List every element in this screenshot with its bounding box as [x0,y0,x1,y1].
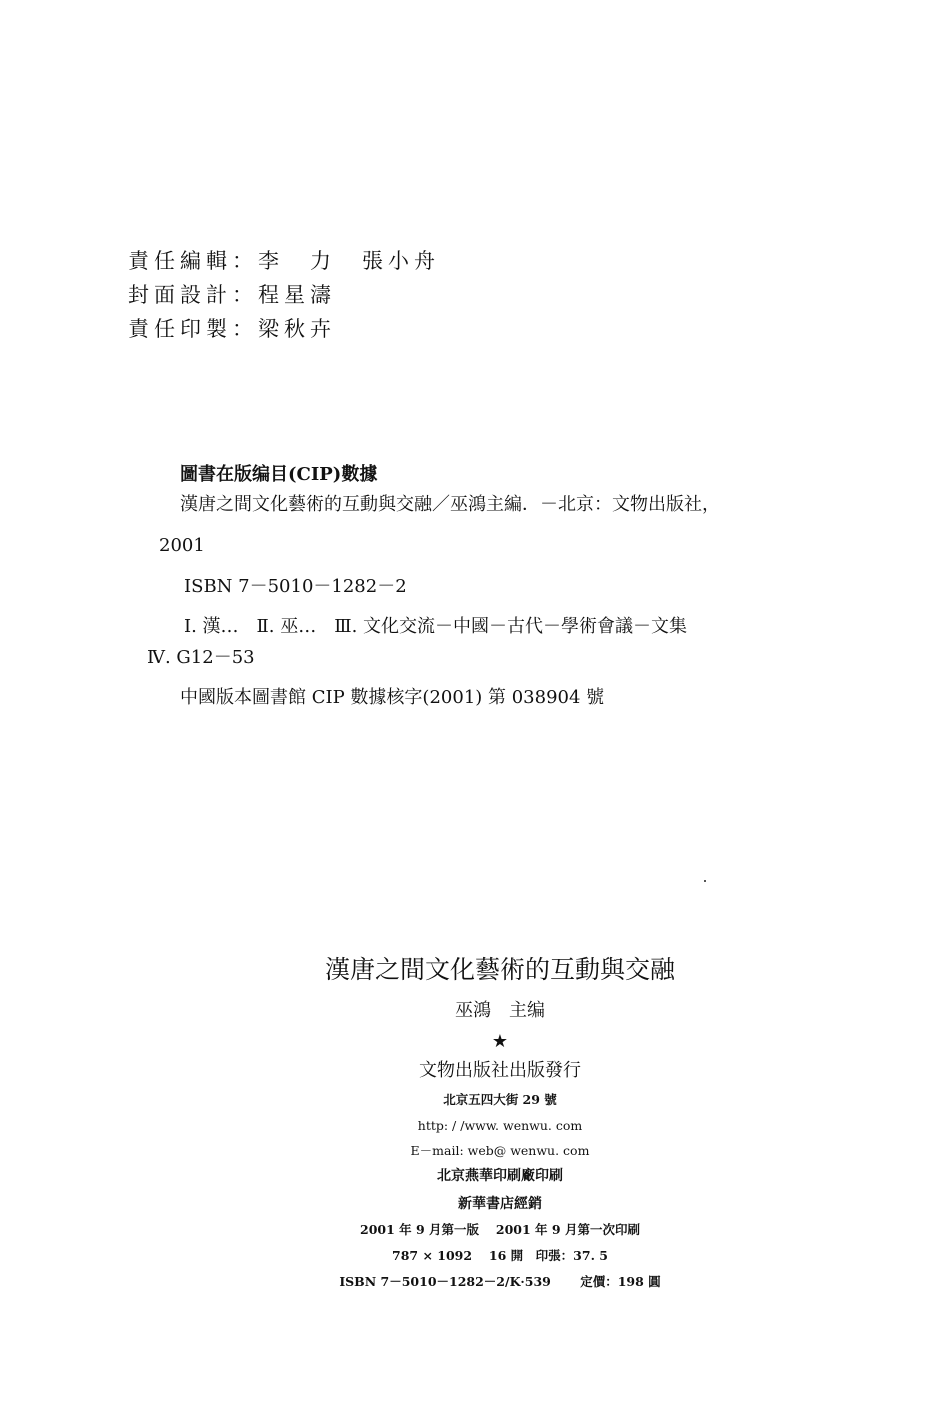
colophon-printer: 北京燕華印刷廠印刷 [0,1169,950,1183]
colophon-website: http: / /www. wenwu. com [0,1120,950,1133]
credit-cover-design: 封面設計：程星濤 [128,285,336,306]
credit-label: 封面設計： [128,285,258,306]
credit-editor: 責任編輯：李 力 張小舟 [128,251,440,272]
scan-speck [704,880,706,882]
colophon-format: 787 × 1092 16 開 印張：37. 5 [0,1250,950,1263]
credit-printing: 責任印製：梁秋卉 [128,319,336,340]
colophon-email: E－mail: web@ wenwu. com [0,1145,950,1158]
credit-label: 責任印製： [128,319,258,340]
credit-value: 程星濤 [258,285,336,306]
cip-title-line: 漢唐之間文化藝術的互動與交融／巫鴻主編．－北京：文物出版社， [180,496,720,514]
cip-subjects: Ⅰ. 漢… Ⅱ. 巫… Ⅲ. 文化交流－中國－古代－學術會議－文集 [184,618,687,636]
cip-isbn: ISBN 7－5010－1282－2 [184,578,407,596]
credit-label: 責任編輯： [128,251,258,272]
colophon-edition: 2001 年 9 月第一版 2001 年 9 月第一次印刷 [0,1224,950,1237]
colophon-address: 北京五四大街 29 號 [0,1094,950,1107]
credit-value: 李 力 張小舟 [258,251,440,272]
credit-value: 梁秋卉 [258,319,336,340]
colophon-publisher: 文物出版社出版發行 [0,1062,950,1080]
cip-subjects-cont: Ⅳ. G12－53 [147,649,255,667]
cip-title-line-cont: 2001 [159,537,205,555]
cip-record-number: 中國版本圖書館 CIP 數據核字(2001) 第 038904 號 [180,689,604,707]
cip-heading: 圖書在版编目(CIP)數據 [180,466,377,484]
colophon-title: 漢唐之間文化藝術的互動與交融 [0,957,950,982]
colophon-editor: 巫鴻 主编 [0,1002,950,1020]
star-icon: ★ [0,1033,950,1051]
colophon-distributor: 新華書店經銷 [0,1197,950,1211]
colophon-isbn-price: ISBN 7－5010－1282－2/K·539 定價：198 圓 [0,1276,950,1289]
